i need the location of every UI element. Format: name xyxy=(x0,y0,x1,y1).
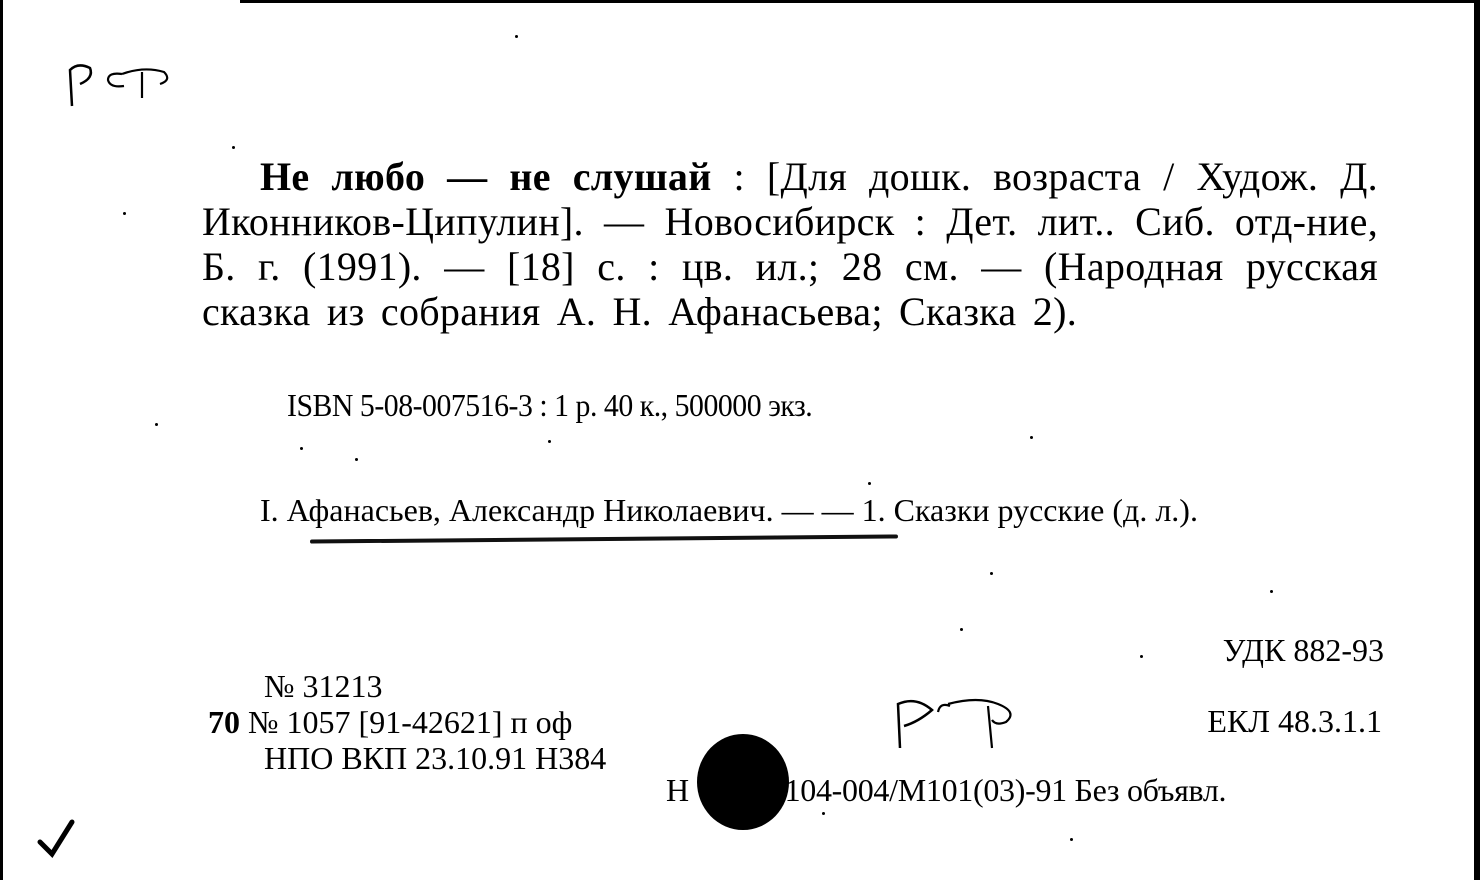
check-mark-icon xyxy=(36,818,80,862)
pen-underline xyxy=(310,534,898,543)
code-prefix: Н xyxy=(666,772,689,808)
main-entry: Не любо — не слушай : [Для дошк. возраст… xyxy=(202,154,1378,334)
order-line: 70 № 1057 [91-42621] п оф xyxy=(208,704,606,740)
scan-speck xyxy=(548,440,551,443)
scan-speck xyxy=(960,628,963,631)
scan-speck xyxy=(232,146,235,149)
tracing-section: I. Афанасьев, Александр Николаевич. — — … xyxy=(202,490,1382,530)
card-edge-right xyxy=(1474,0,1480,880)
scan-speck xyxy=(822,812,825,815)
scan-speck xyxy=(1140,655,1143,658)
subject-entry: 1. Сказки русские (д. л.). xyxy=(862,492,1198,528)
catalog-card: Не любо — не слушай : [Для дошк. возраст… xyxy=(0,0,1480,880)
scan-speck xyxy=(1070,838,1073,841)
scan-speck xyxy=(990,572,993,575)
scan-speck xyxy=(1030,436,1033,439)
scan-speck xyxy=(123,212,126,215)
card-edge-top xyxy=(240,0,1480,3)
scan-speck xyxy=(1270,590,1273,593)
scan-speck xyxy=(155,423,158,426)
scan-speck xyxy=(868,482,871,485)
scan-speck xyxy=(355,458,358,461)
publisher-line: НПО ВКП 23.10.91 Н384 xyxy=(208,740,606,776)
order-details: № 1057 [91-42621] п оф xyxy=(240,704,572,740)
print-info: № 31213 70 № 1057 [91-42621] п оф НПО ВК… xyxy=(208,668,606,776)
print-number: № 31213 xyxy=(208,668,606,704)
isbn-line: ISBN 5-08-007516-3 : 1 р. 40 к., 500000 … xyxy=(287,387,812,423)
handwritten-mark-middle xyxy=(888,692,1028,752)
ink-blot xyxy=(697,734,789,830)
handwritten-mark-top xyxy=(64,58,174,108)
book-title: Не любо — не слушай xyxy=(260,154,712,199)
scan-speck xyxy=(515,35,518,38)
udk-code: УДК 882-93 xyxy=(1223,632,1384,669)
author-added-entry: I. Афанасьев, Александр Николаевич. xyxy=(260,492,774,528)
ekl-code: ЕКЛ 48.3.1.1 xyxy=(1207,703,1382,740)
card-edge-left xyxy=(0,0,3,880)
code-rest: )10104-004/М101(03)-91 Без объявл. xyxy=(743,772,1226,808)
scan-speck xyxy=(300,447,303,450)
order-prefix: 70 xyxy=(208,704,240,740)
tracing-separator: — — xyxy=(774,492,862,528)
